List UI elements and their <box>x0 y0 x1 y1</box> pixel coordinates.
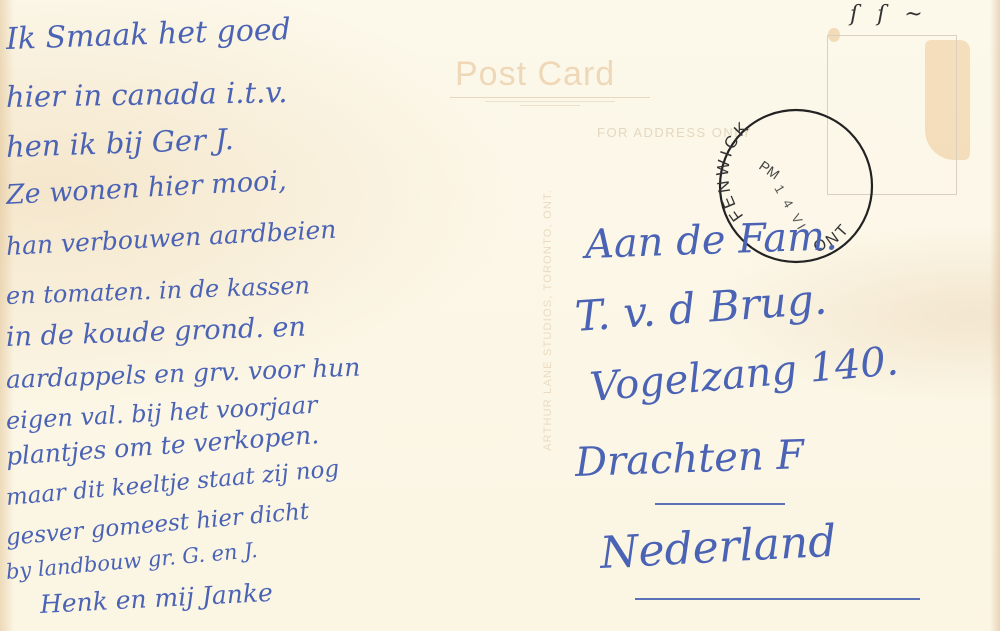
message-signature: Henk en mij Janke <box>39 578 273 619</box>
message-line: Ik Smaak het goed <box>5 12 291 57</box>
city-underline <box>655 503 785 505</box>
address-line-recipient: Aan de Fam. <box>584 213 838 268</box>
printed-rule <box>520 105 580 106</box>
message-line: in de koude grond. en <box>5 312 306 353</box>
printed-postcard-title: Post Card <box>455 55 615 94</box>
address-line-name: T. v. d Brug. <box>573 274 828 340</box>
postcard-back: Post Card FOR ADDRESS ONLY ARTHUR LANE S… <box>0 0 1000 631</box>
paper-edge-stain <box>990 0 1000 631</box>
message-line: Ze wonen hier mooi, <box>5 165 287 211</box>
message-line: en tomaten. in de kassen <box>6 271 311 310</box>
message-line: han verbouwen aardbeien <box>5 215 337 261</box>
address-line-street: Vogelzang 140. <box>588 338 900 411</box>
svg-text:FENWICK: FENWICK <box>716 116 754 225</box>
message-line: aardappels en grv. voor hun <box>5 353 360 394</box>
cancellation-marks: ſ ſ ~ <box>850 2 929 27</box>
address-line-country: Nederland <box>599 516 838 579</box>
address-line-city: Drachten F <box>574 432 805 486</box>
message-line: hier in canada i.t.v. <box>6 75 288 114</box>
publisher-imprint: ARTHUR LANE STUDIOS, TORONTO, ONT. <box>542 189 554 451</box>
printed-rule <box>485 101 615 102</box>
postmark-town: FENWICK <box>716 116 754 225</box>
message-line: hen ik bij Ger J. <box>5 122 234 164</box>
postmark-time: PM <box>756 157 782 182</box>
printed-rule <box>450 97 650 98</box>
country-underline <box>635 598 920 600</box>
